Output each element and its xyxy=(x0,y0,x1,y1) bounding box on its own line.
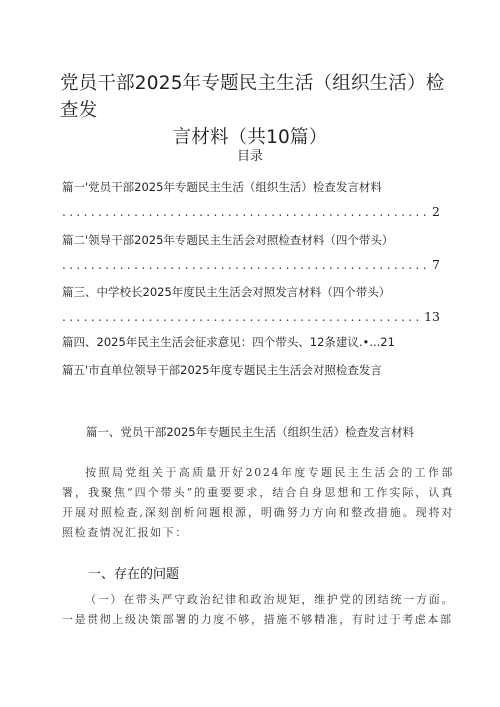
toc-page-number: 2 xyxy=(431,205,440,219)
toc-entry-label[interactable]: 篇四、2025年民主生活会征求意见：四个带头、12条建议.•...21 xyxy=(62,334,440,350)
toc-entry-4[interactable]: 篇四、2025年民主生活会征求意见：四个带头、12条建议.•...21 xyxy=(62,334,440,350)
intro-paragraph: 按照局党组关于高质量开好2024年度专题民主生活会的工作部署，我聚焦“四个带头”… xyxy=(62,463,454,543)
document-title-line-1: 党员干部2025年专题民主生活（组织生活）检查发 xyxy=(60,73,444,121)
toc-entry-5[interactable]: 篇五'市直单位领导干部2025年度专题民主生活会对照检查发言 xyxy=(62,362,440,378)
toc-dot-leader: ........................................… xyxy=(62,310,423,324)
section-title: 篇一、党员干部2025年专题民主生活（组织生活）检查发言材料 xyxy=(0,424,500,440)
document-page: 党员干部2025年专题民主生活（组织生活）检查发 言材料（共10篇） 目录 篇一… xyxy=(0,0,500,707)
toc-entry-label[interactable]: 篇二'领导干部2025年专题民主生活会对照检查材料（四个带头） xyxy=(62,232,440,248)
toc-leader-row: ........................................… xyxy=(62,258,440,272)
body-paragraph: （一）在带头严守政治纪律和政治规矩，维护党的团结统一方面。一是贯彻上级决策部署的… xyxy=(62,590,454,630)
toc-leader-row: ........................................… xyxy=(62,310,440,324)
toc-entry-label[interactable]: 篇一'党员干部2025年专题民主生活（组织生活）检查发言材料 xyxy=(62,179,440,195)
toc-entry-3[interactable]: 篇三、中学校长2025年度民主生活会对照发言材料（四个带头） .........… xyxy=(62,284,440,324)
toc-entry-label[interactable]: 篇五'市直单位领导干部2025年度专题民主生活会对照检查发言 xyxy=(62,362,440,378)
toc-leader-row: ........................................… xyxy=(62,205,440,219)
toc-page-number: 7 xyxy=(431,258,440,272)
document-title: 党员干部2025年专题民主生活（组织生活）检查发 言材料（共10篇） xyxy=(60,70,450,151)
toc-entry-label[interactable]: 篇三、中学校长2025年度民主生活会对照发言材料（四个带头） xyxy=(62,284,440,300)
toc-entry-2[interactable]: 篇二'领导干部2025年专题民主生活会对照检查材料（四个带头） ........… xyxy=(62,232,440,272)
toc-entry-1[interactable]: 篇一'党员干部2025年专题民主生活（组织生活）检查发言材料 .........… xyxy=(62,179,440,219)
toc-page-number: 13 xyxy=(423,310,440,324)
heading-existing-problems: 一、存在的问题 xyxy=(88,563,179,582)
toc-dot-leader: ........................................… xyxy=(62,258,431,272)
toc-dot-leader: ........................................… xyxy=(62,205,431,219)
toc-heading: 目录 xyxy=(0,145,500,164)
